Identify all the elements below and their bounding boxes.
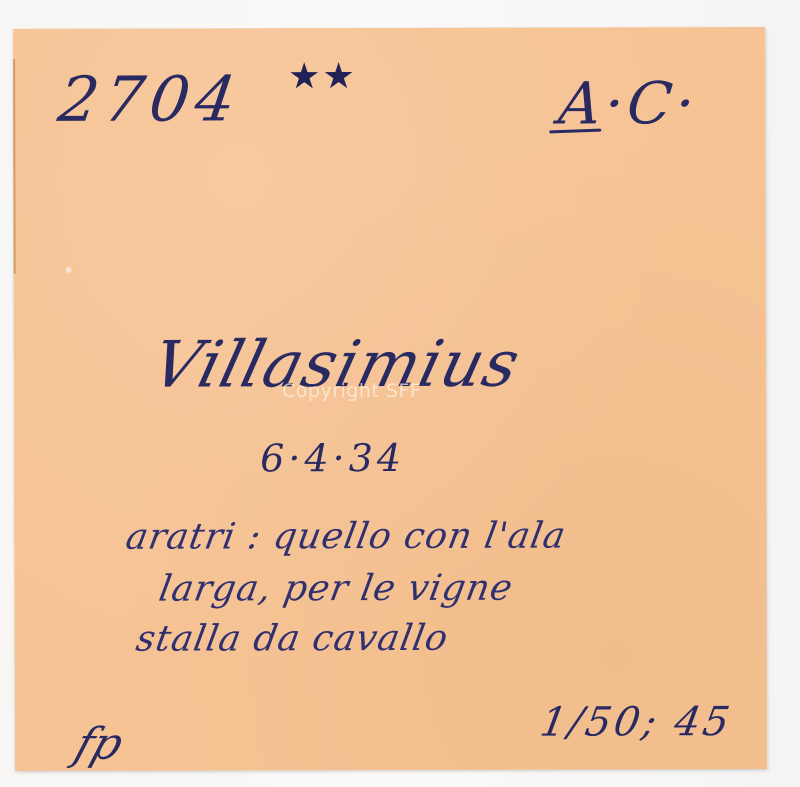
scan-background: 2704 ★★ A·C· Villasimius 6·4·34 aratri :… [0, 0, 800, 787]
star-marks-icon: ★★ [288, 56, 357, 97]
copyright-watermark: Copyright SFF [282, 380, 421, 402]
note-line: stalla da cavallo [133, 618, 452, 660]
paper-speck [66, 267, 72, 273]
signature: fp [69, 719, 130, 770]
note-line: larga, per le vigne [156, 568, 516, 610]
card-left-edge [13, 59, 16, 274]
catalog-number: 2704 [54, 62, 246, 136]
author-initials: A·C· [556, 69, 702, 137]
note-line: aratri : quello con l'ala [123, 516, 569, 558]
reference-number: 1/50; 45 [537, 699, 736, 746]
date: 6·4·34 [260, 436, 405, 480]
